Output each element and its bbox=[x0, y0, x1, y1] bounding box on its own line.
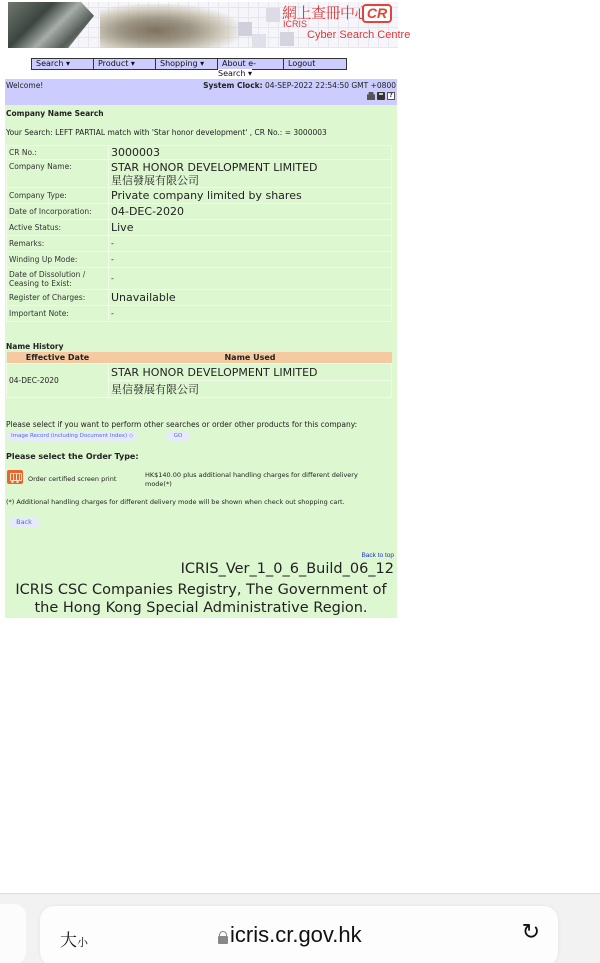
detail-label: Date of Dissolution / Ceasing to Exist: bbox=[7, 268, 109, 290]
menu-search-label: Search ▾ bbox=[36, 59, 70, 68]
go-button[interactable]: GO bbox=[166, 431, 190, 441]
brand-english-name: Cyber Search Centre bbox=[307, 29, 410, 41]
system-clock: System Clock: 04-SEP-2022 22:54:50 GMT +… bbox=[203, 81, 396, 90]
table-row: 04-DEC-2020 STAR HONOR DEVELOPMENT LIMIT… bbox=[7, 364, 392, 381]
detail-label: Register of Charges: bbox=[7, 290, 109, 306]
detail-label: Winding Up Mode: bbox=[7, 252, 109, 268]
menu-search[interactable]: Search ▾ bbox=[32, 59, 94, 69]
table-row: CR No.: 3000003 bbox=[7, 146, 392, 160]
text-size-big: 大 bbox=[60, 931, 77, 951]
lock-icon bbox=[218, 931, 228, 944]
main-menu: Search ▾ Product ▾ Shopping ▾ About e- S… bbox=[31, 58, 347, 70]
detail-label: Active Status: bbox=[7, 220, 109, 236]
detail-label: CR No.: bbox=[7, 146, 109, 160]
cr-logo-icon: CR bbox=[362, 4, 392, 23]
help-icon[interactable]: ? bbox=[387, 92, 395, 100]
incorporation-date: 04-DEC-2020 bbox=[109, 204, 392, 220]
search-criteria: Your Search: LEFT PARTIAL match with 'St… bbox=[6, 128, 327, 137]
cr-number: 3000003 bbox=[109, 146, 392, 160]
print-icon[interactable] bbox=[367, 92, 375, 100]
back-to-top-link[interactable]: Back to top bbox=[361, 552, 394, 559]
company-name-en: STAR HONOR DEVELOPMENT LIMITED bbox=[111, 161, 389, 174]
menu-logout-label: Logout bbox=[288, 59, 315, 68]
text-size-button[interactable]: 大小 bbox=[60, 926, 88, 951]
column-header: Name Used bbox=[109, 352, 392, 364]
name-history-table: Effective Date Name Used 04-DEC-2020 STA… bbox=[6, 352, 392, 398]
previous-tab[interactable] bbox=[0, 904, 26, 963]
menu-about-esearch[interactable]: About e- Search ▾ bbox=[218, 59, 284, 69]
name-used-zh: 星信發展有限公司 bbox=[109, 381, 392, 398]
detail-label: Date of Incorporation: bbox=[7, 204, 109, 220]
detail-label: Important Note: bbox=[7, 306, 109, 322]
url-display[interactable]: icris.cr.gov.hk bbox=[218, 922, 362, 948]
detail-label: Company Name: bbox=[7, 160, 109, 188]
banner-photo-building bbox=[8, 2, 94, 48]
handling-charge-note: (*) Additional handling charges for diff… bbox=[6, 498, 345, 506]
menu-shopping[interactable]: Shopping ▾ bbox=[156, 59, 218, 69]
other-products-prompt: Please select if you want to perform oth… bbox=[6, 420, 357, 429]
menu-product-label: Product ▾ bbox=[98, 59, 135, 68]
table-row: Winding Up Mode: - bbox=[7, 252, 392, 268]
url-text: icris.cr.gov.hk bbox=[230, 922, 362, 948]
important-note: - bbox=[109, 306, 392, 322]
menu-about-label: About e- bbox=[222, 59, 256, 68]
text-size-small: 小 bbox=[77, 936, 88, 949]
browser-toolbar: 大小 icris.cr.gov.hk ↻ bbox=[0, 893, 600, 963]
order-screen-print-label[interactable]: Order certified screen print bbox=[28, 475, 116, 483]
name-history-title: Name History bbox=[6, 342, 64, 351]
effective-date: 04-DEC-2020 bbox=[7, 364, 109, 398]
table-row: Date of Dissolution / Ceasing to Exist: … bbox=[7, 268, 392, 290]
address-bar[interactable]: 大小 icris.cr.gov.hk ↻ bbox=[40, 906, 558, 963]
table-header: Effective Date Name Used bbox=[7, 352, 392, 364]
menu-shopping-label: Shopping ▾ bbox=[160, 59, 204, 68]
footer-copyright: ICRIS CSC Companies Registry, The Govern… bbox=[5, 581, 397, 617]
page-tools: ? bbox=[367, 92, 395, 100]
company-details-table: CR No.: 3000003 Company Name: STAR HONOR… bbox=[6, 145, 392, 322]
brand-short-name: ICRIS bbox=[283, 19, 307, 29]
column-header: Effective Date bbox=[7, 352, 109, 364]
page-title: Company Name Search bbox=[6, 109, 104, 118]
detail-label: Remarks: bbox=[7, 236, 109, 252]
active-status: Live bbox=[109, 220, 392, 236]
winding-up-mode: - bbox=[109, 252, 392, 268]
company-name-zh: 星信發展有限公司 bbox=[111, 174, 389, 187]
detail-label: Company Type: bbox=[7, 188, 109, 204]
welcome-text: Welcome! bbox=[6, 81, 43, 90]
table-row: Active Status: Live bbox=[7, 220, 392, 236]
menu-about-label-wrap: Search ▾ bbox=[218, 69, 252, 78]
reload-icon[interactable]: ↻ bbox=[522, 920, 540, 945]
order-type-title: Please select the Order Type: bbox=[6, 452, 139, 461]
dissolution-date: - bbox=[109, 268, 392, 290]
save-icon[interactable] bbox=[377, 92, 385, 100]
main-panel: Company Name Search Your Search: LEFT PA… bbox=[5, 105, 397, 618]
table-row: Remarks: - bbox=[7, 236, 392, 252]
back-button[interactable]: Back bbox=[9, 517, 39, 528]
shopping-cart-icon[interactable] bbox=[7, 470, 23, 484]
company-type: Private company limited by shares bbox=[109, 188, 392, 204]
table-row: Important Note: - bbox=[7, 306, 392, 322]
clock-value: 04-SEP-2022 22:54:50 GMT +0800 bbox=[265, 81, 396, 90]
order-price: HK$140.00 plus additional handling charg… bbox=[145, 471, 385, 489]
table-row: Company Name: STAR HONOR DEVELOPMENT LIM… bbox=[7, 160, 392, 188]
name-used-en: STAR HONOR DEVELOPMENT LIMITED bbox=[109, 364, 392, 381]
register-of-charges: Unavailable bbox=[109, 290, 392, 306]
product-select[interactable]: Image Record (including Document Index) … bbox=[7, 431, 137, 441]
company-name: STAR HONOR DEVELOPMENT LIMITED 星信發展有限公司 bbox=[109, 160, 392, 188]
table-row: Date of Incorporation: 04-DEC-2020 bbox=[7, 204, 392, 220]
menu-product[interactable]: Product ▾ bbox=[94, 59, 156, 69]
table-row: Company Type: Private company limited by… bbox=[7, 188, 392, 204]
menu-logout[interactable]: Logout bbox=[284, 59, 346, 69]
banner-photo-documents bbox=[100, 4, 240, 48]
version-text: ICRIS_Ver_1_0_6_Build_06_12 bbox=[181, 561, 394, 577]
remarks-value: - bbox=[109, 236, 392, 252]
status-bar: Welcome! System Clock: 04-SEP-2022 22:54… bbox=[5, 79, 397, 105]
clock-label: System Clock: bbox=[203, 81, 263, 90]
table-row: Register of Charges: Unavailable bbox=[7, 290, 392, 306]
